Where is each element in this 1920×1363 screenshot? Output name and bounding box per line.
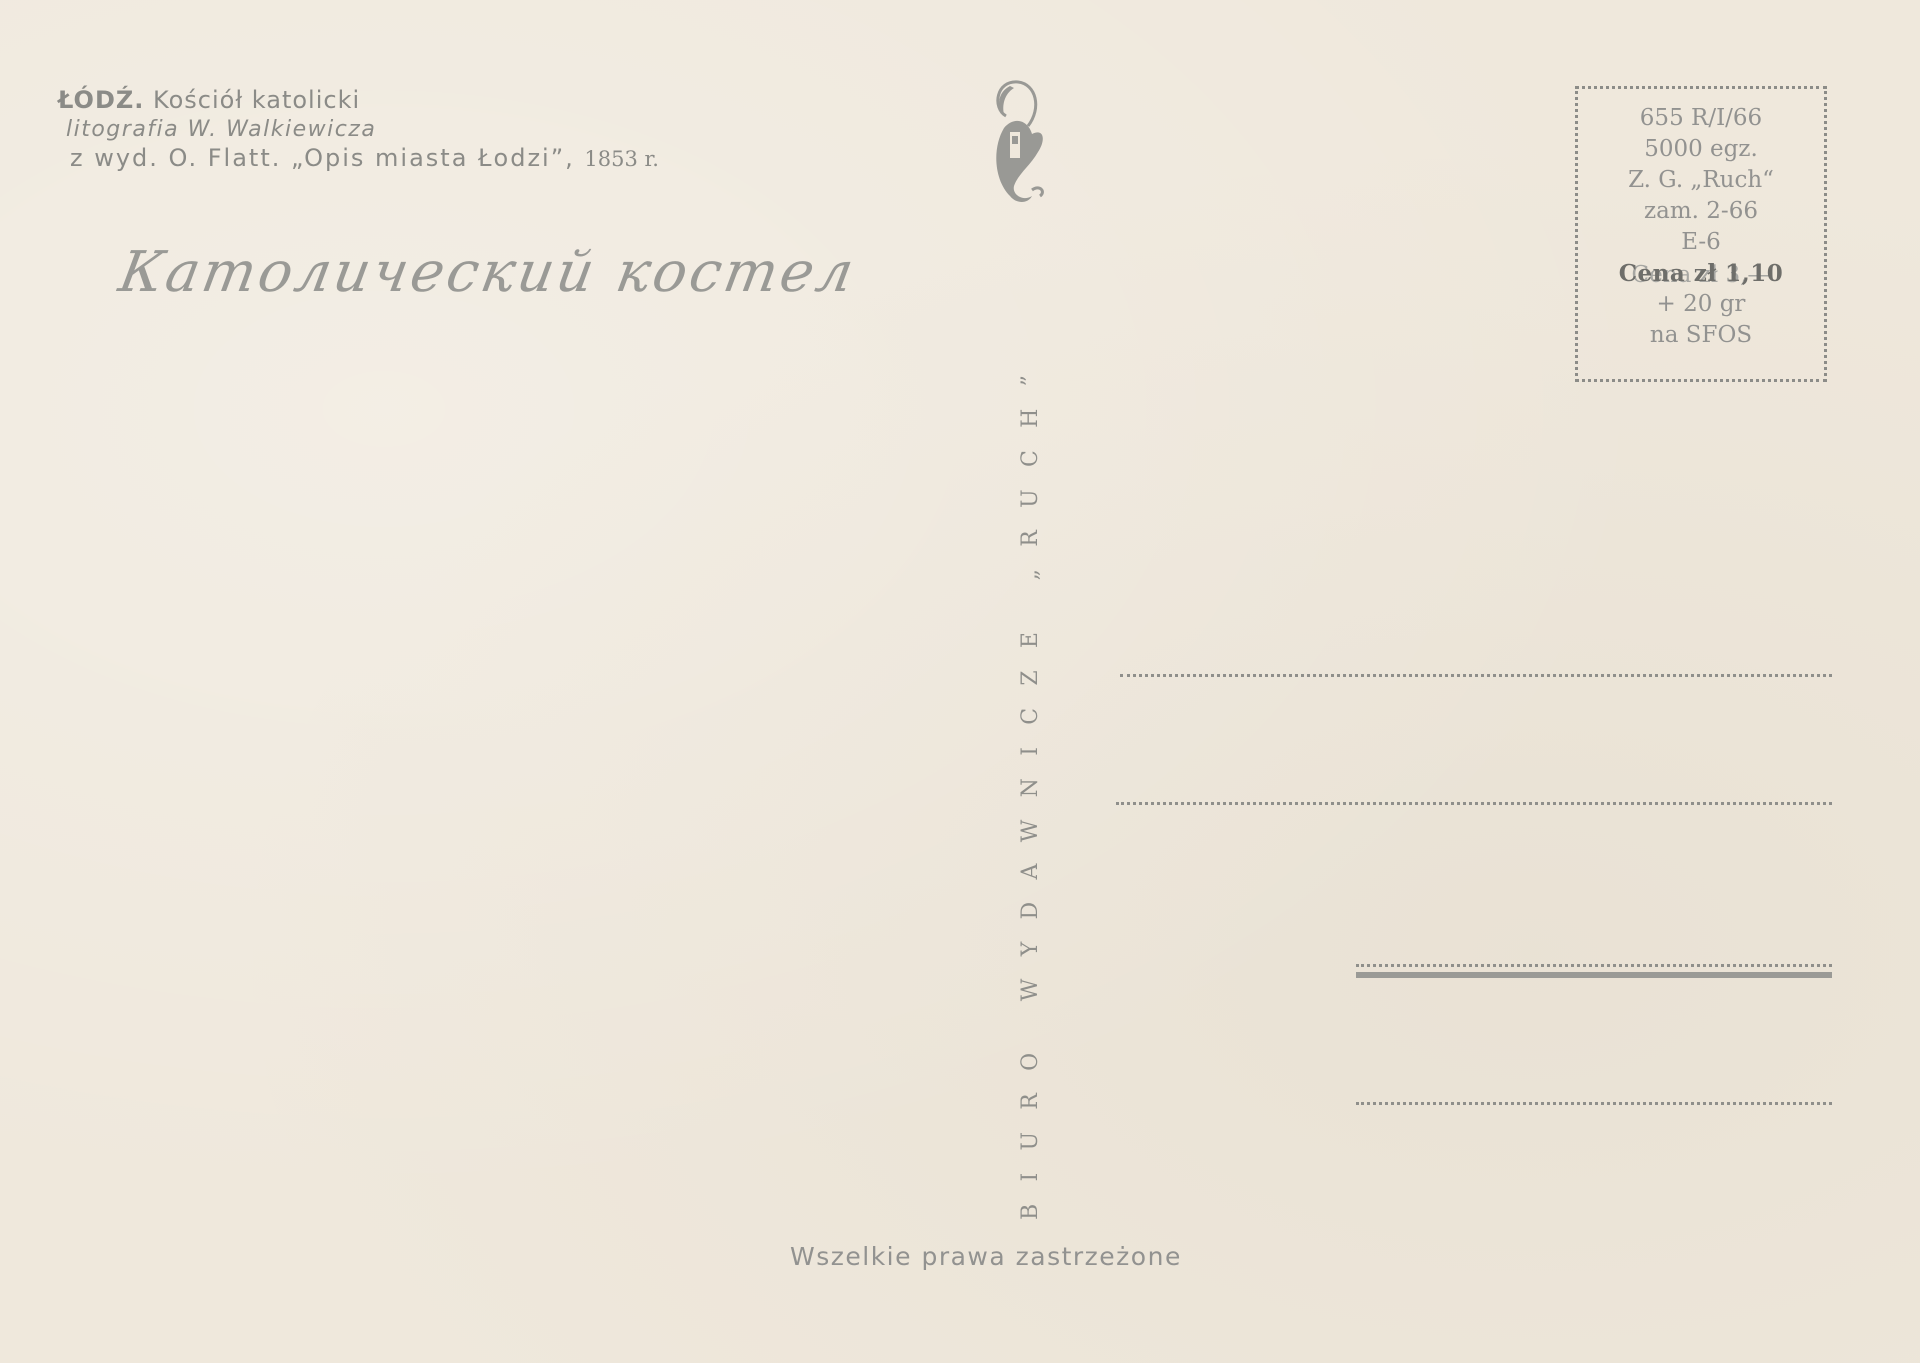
imprint-surcharge: + 20 gr: [1578, 289, 1824, 320]
ruch-logo-icon: [988, 78, 1048, 208]
postcard-caption: ŁÓDŹ. Kościół katolicki litografia W. Wa…: [58, 86, 659, 174]
imprint-fund: na SFOS: [1578, 320, 1824, 351]
caption-source-text: z wyd. O. Flatt. „Opis miasta Łodzi”,: [70, 144, 575, 172]
publisher-vertical-text: BIURO WYDAWNICZE „RUCH”: [1018, 260, 1058, 1220]
imprint-line: 5000 egz.: [1578, 134, 1824, 165]
address-line-1: [1120, 674, 1832, 677]
caption-city: ŁÓDŹ.: [58, 86, 144, 114]
rights-reserved: Wszelkie prawa zastrzeżone: [790, 1242, 1182, 1271]
caption-title: ŁÓDŹ. Kościół katolicki: [58, 86, 659, 115]
price-overprint: Cena zł 1,10: [1578, 258, 1824, 289]
address-line-2: [1116, 802, 1832, 805]
caption-year: 1853 r.: [584, 147, 659, 171]
caption-source: z wyd. O. Flatt. „Opis miasta Łodzi”, 18…: [70, 144, 659, 174]
address-line-3-solid: [1356, 972, 1832, 978]
address-line-4: [1356, 1102, 1832, 1105]
imprint-line: Z. G. „Ruch“: [1578, 165, 1824, 196]
imprint-line: 655 R/I/66: [1578, 103, 1824, 134]
handwritten-note: Католический костел: [114, 240, 861, 305]
caption-lithography: litografia W. Walkiewicza: [66, 115, 659, 144]
imprint-box: 655 R/I/66 5000 egz. Z. G. „Ruch“ zam. 2…: [1575, 86, 1827, 382]
price: Cena zł 3,— Cena zł 1,10: [1578, 258, 1824, 289]
imprint-line: E-6: [1578, 227, 1824, 258]
address-line-3-dotted: [1356, 964, 1832, 967]
imprint-line: zam. 2-66: [1578, 196, 1824, 227]
caption-subject: Kościół katolicki: [153, 86, 360, 114]
